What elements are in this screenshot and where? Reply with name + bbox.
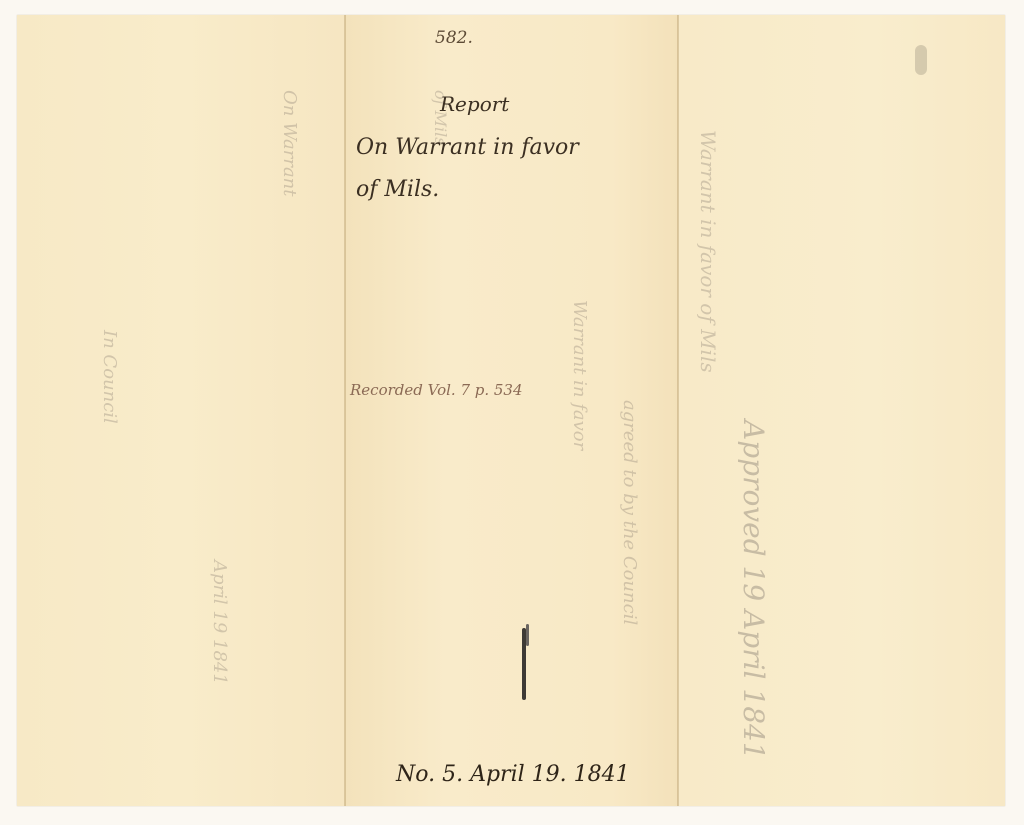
fold-line-left [344,15,346,806]
docket-line: No. 5. April 19. 1841 [396,762,630,787]
bleed-through-text: April 19 1841 [209,560,230,685]
recorded-note: Recorded Vol. 7 p. 534 [350,381,523,399]
bleed-through-text: Warrant in favor [569,300,590,450]
pencil-mark [526,624,529,646]
bleed-through-text: Warrant in favor of Mils [696,130,720,373]
document-sheet [17,15,1005,806]
bleed-through-text: On Warrant [279,90,300,197]
title-line-1: Report [440,92,509,116]
folio-number: 582. [435,28,473,48]
bleed-through-text: In Council [99,330,120,424]
right-fold-panel [678,15,1005,806]
title-line-2: On Warrant in favor [356,135,579,160]
bleed-through-text: agreed to by the Council [619,400,640,625]
fold-line-right [677,15,679,806]
title-line-3: of Mils. [356,177,439,202]
bleed-through-text: Approved 19 April 1841 [737,420,770,760]
paper-stain [915,45,927,75]
